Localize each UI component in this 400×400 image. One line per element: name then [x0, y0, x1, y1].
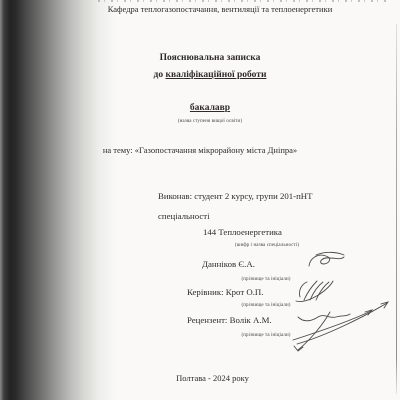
reviewer-line: Рецензент: Волік А.М. [187, 315, 272, 325]
specialty-caption: (шифр і назва спеціальності) [213, 243, 321, 249]
signature-scribble-supervisor [296, 281, 333, 302]
doc-title-line-2-underlined: кваліфікаційної роботи [165, 70, 266, 80]
signature-scribble-reviewer [293, 302, 388, 351]
student-name: Данніков Є.А. [202, 259, 255, 269]
supervisor-line: Керівник: Крот О.П. [187, 287, 263, 297]
degree-caption: (назва ступеня вищої освіти) [20, 119, 400, 125]
footer-city-year: Полтава - 2024 року [20, 373, 400, 383]
student-caption: (прізвище та ініціали) [212, 277, 320, 283]
scanned-title-page: Кафедра теплогазопостачання, вентиляції … [0, 0, 400, 400]
topic-line: на тему: «Газопостачання мікрорайону міс… [0, 145, 400, 155]
doc-title-line-2-prefix: до [154, 70, 166, 80]
specialty-line: 144 Теплоенергетика [203, 227, 282, 237]
doc-title-line-2: до кваліфікаційної роботи [20, 70, 400, 81]
doc-title-line-1: Пояснювальна записка [20, 53, 400, 64]
degree-level: бакалавр [190, 103, 230, 113]
cropped-text-remnant [98, 0, 390, 2]
executor-line-1: Виконав: студент 2 курсу, групи 201-пНТ [158, 191, 313, 201]
reviewer-caption: (прізвище та ініціали) [212, 333, 320, 339]
signature-scribble-student [309, 252, 344, 266]
executor-line-2: спеціальності [158, 211, 210, 221]
supervisor-caption: (прізвище та ініціали) [212, 303, 320, 309]
department-line: Кафедра теплогазопостачання, вентиляції … [40, 4, 400, 14]
